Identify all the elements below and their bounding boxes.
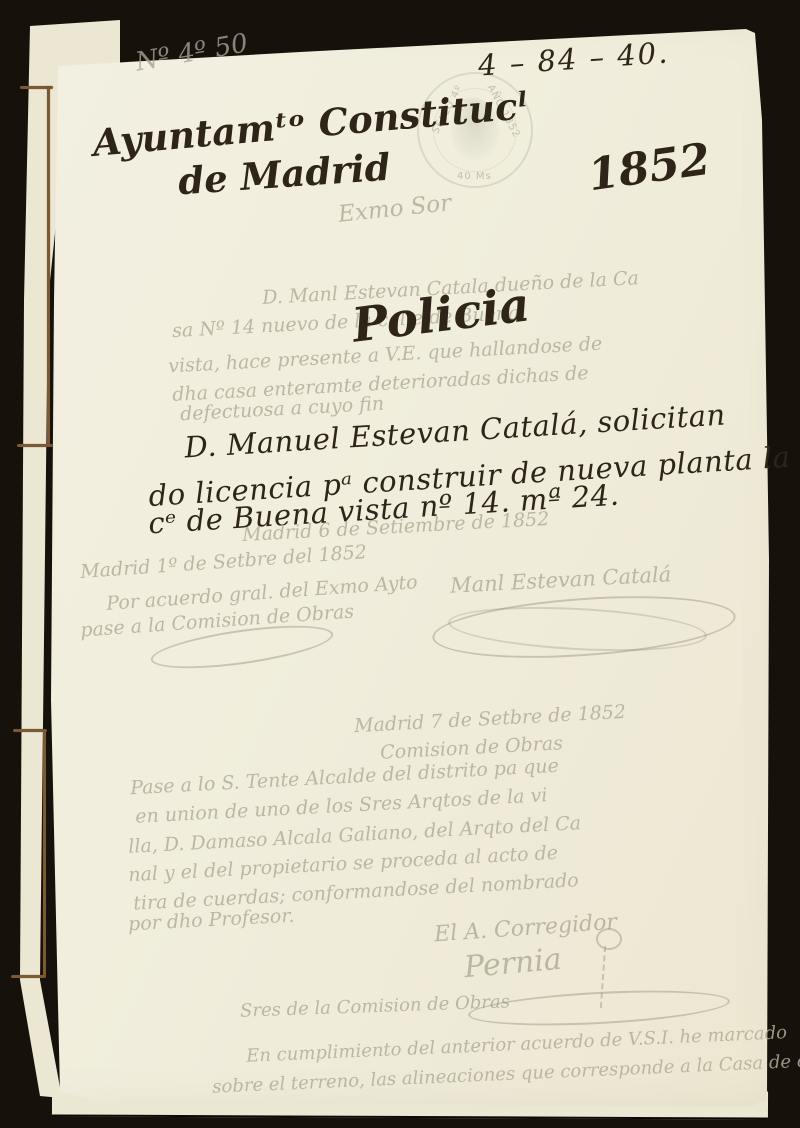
binding-thread-stitch	[13, 729, 47, 732]
signature-rubric-flourish	[596, 928, 622, 950]
stamp-text-bottom: 40 Ms	[457, 171, 492, 182]
scanned-document-page: SELLO 4º AÑO 1852 40 Ms Nº 4º 50 4 – 84 …	[0, 0, 800, 1128]
binding-thread-stitch	[17, 444, 53, 447]
binding-thread-stitch	[47, 86, 50, 446]
binding-thread-stitch	[43, 729, 46, 978]
binding-thread-stitch	[11, 975, 45, 978]
